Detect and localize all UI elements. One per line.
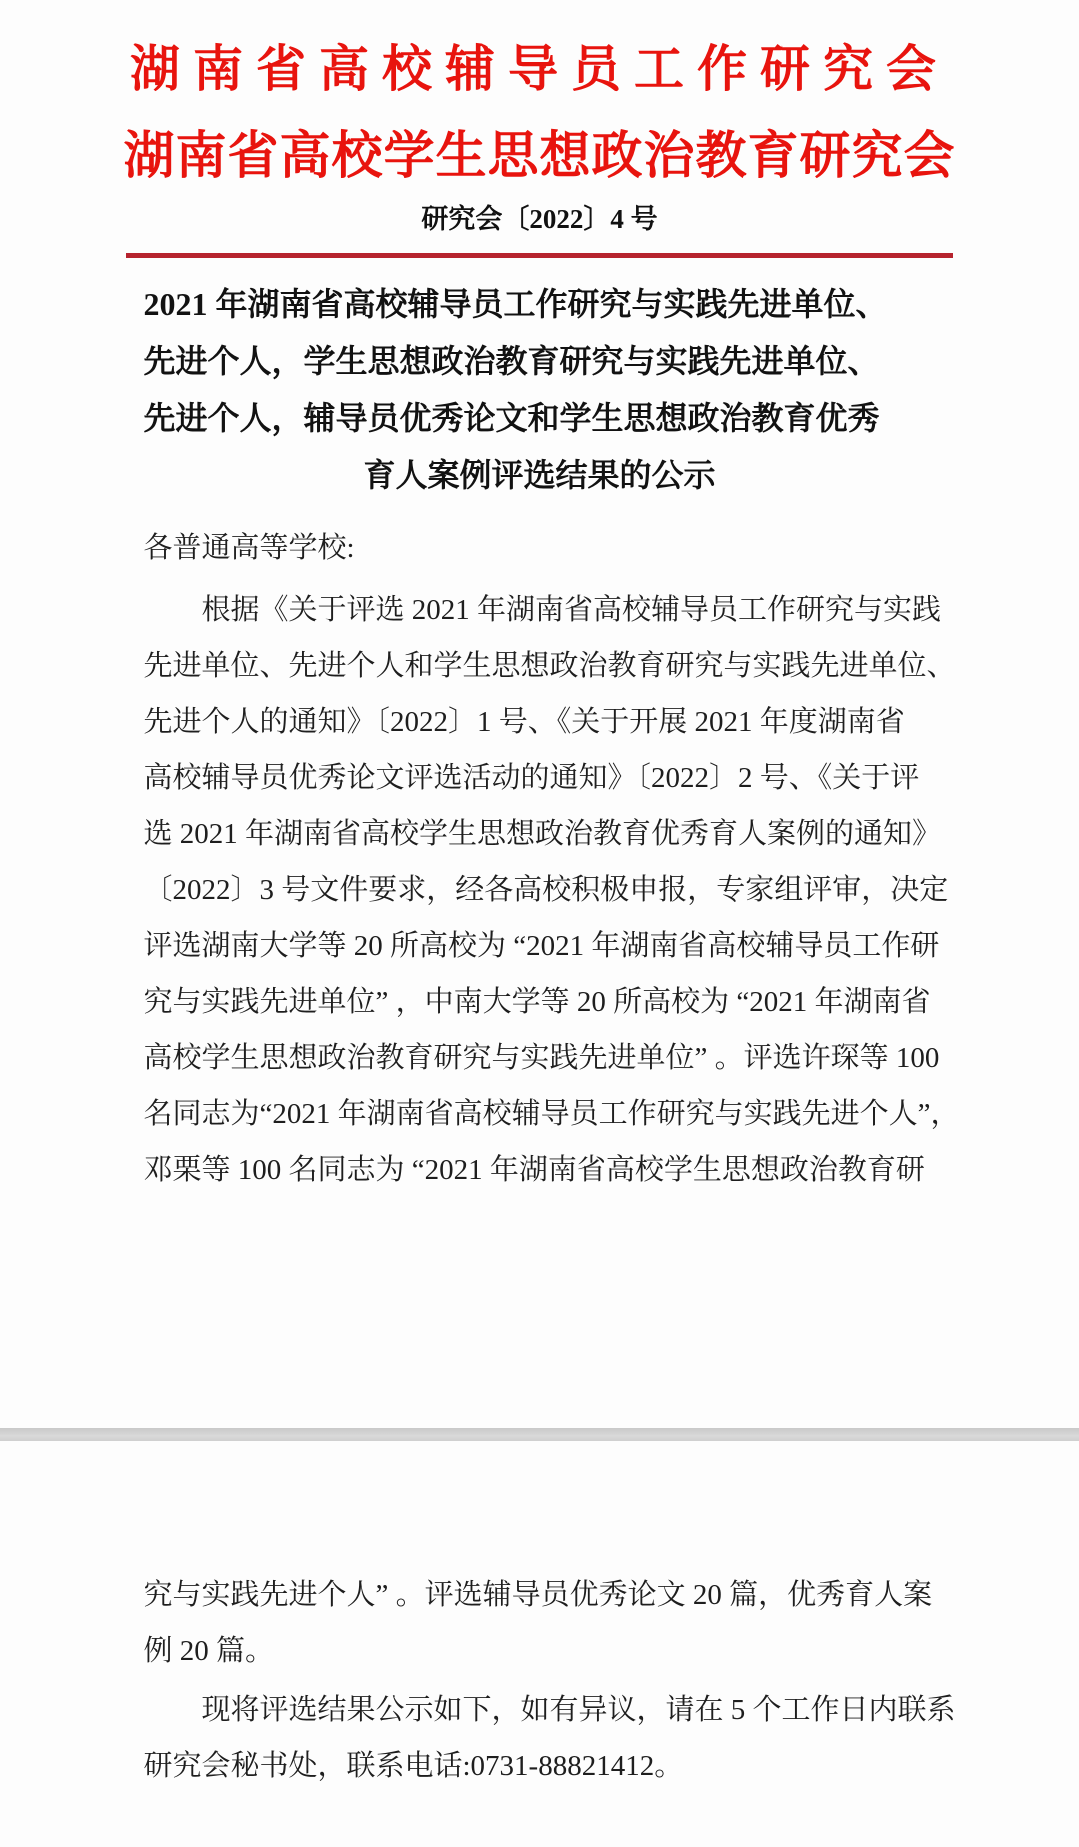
body-line: 选 2021 年湖南省高校学生思想政治教育优秀育人案例的通知》 xyxy=(144,806,936,862)
body-line: 根据《关于评选 2021 年湖南省高校辅导员工作研究与实践 xyxy=(144,582,936,638)
body-line: 现将评选结果公示如下，如有异议，请在 5 个工作日内联系 xyxy=(144,1682,936,1738)
paragraph-2: 现将评选结果公示如下，如有异议，请在 5 个工作日内联系 研究会秘书处，联系电话… xyxy=(144,1682,936,1794)
body-line: 高校学生思想政治教育研究与实践先进单位” 。评选许琛等 100 xyxy=(144,1030,936,1086)
body-line: 邓栗等 100 名同志为 “2021 年湖南省高校学生思想政治教育研 xyxy=(144,1142,936,1198)
body-line contact-line: 研究会秘书处，联系电话:0731-88821412。 xyxy=(144,1738,936,1794)
document-body-page2: 究与实践先进个人” 。评选辅导员优秀论文 20 篇，优秀育人案 例 20 篇。 … xyxy=(144,1567,936,1794)
title-line: 先进个人，学生思想政治教育研究与实践先进单位、 xyxy=(144,333,936,390)
paragraph-1: 根据《关于评选 2021 年湖南省高校辅导员工作研究与实践 先进单位、先进个人和… xyxy=(144,582,936,1198)
document-title: 2021 年湖南省高校辅导员工作研究与实践先进单位、 先进个人，学生思想政治教育… xyxy=(144,276,936,504)
page-break-band xyxy=(0,1428,1079,1441)
body-line: 究与实践先进单位” ，中南大学等 20 所高校为 “2021 年湖南省 xyxy=(144,974,936,1030)
title-line: 先进个人，辅导员优秀论文和学生思想政治教育优秀 xyxy=(144,390,936,447)
body-line: 〔2022〕3 号文件要求，经各高校积极申报，专家组评审，决定 xyxy=(144,862,936,918)
body-line: 名同志为“2021 年湖南省高校辅导员工作研究与实践先进个人”， xyxy=(144,1086,936,1142)
title-line: 2021 年湖南省高校辅导员工作研究与实践先进单位、 xyxy=(144,276,936,333)
paragraph-1-continued: 究与实践先进个人” 。评选辅导员优秀论文 20 篇，优秀育人案 例 20 篇。 xyxy=(144,1567,936,1679)
body-line: 高校辅导员优秀论文评选活动的通知》〔2022〕2 号、《关于评 xyxy=(144,750,936,806)
document-body: 各普通高等学校: 根据《关于评选 2021 年湖南省高校辅导员工作研究与实践 先… xyxy=(144,520,936,1198)
body-line: 例 20 篇。 xyxy=(144,1623,936,1679)
document-page: 湖南省高校辅导员工作研究会 湖南省高校学生思想政治教育研究会 研究会〔2022〕… xyxy=(0,0,1079,1847)
title-line: 育人案例评选结果的公示 xyxy=(144,447,936,504)
salutation: 各普通高等学校: xyxy=(144,520,936,576)
red-separator-rule xyxy=(126,253,953,258)
letterhead-org-line2: 湖南省高校学生思想政治教育研究会 xyxy=(0,128,1079,186)
body-line: 究与实践先进个人” 。评选辅导员优秀论文 20 篇，优秀育人案 xyxy=(144,1567,936,1623)
letterhead-org-line1: 湖南省高校辅导员工作研究会 xyxy=(0,0,1079,98)
body-line: 先进单位、先进个人和学生思想政治教育研究与实践先进单位、 xyxy=(144,638,936,694)
body-line: 评选湖南大学等 20 所高校为 “2021 年湖南省高校辅导员工作研 xyxy=(144,918,936,974)
document-number: 研究会〔2022〕4 号 xyxy=(0,202,1079,236)
body-line: 先进个人的通知》〔2022〕1 号、《关于开展 2021 年度湖南省 xyxy=(144,694,936,750)
